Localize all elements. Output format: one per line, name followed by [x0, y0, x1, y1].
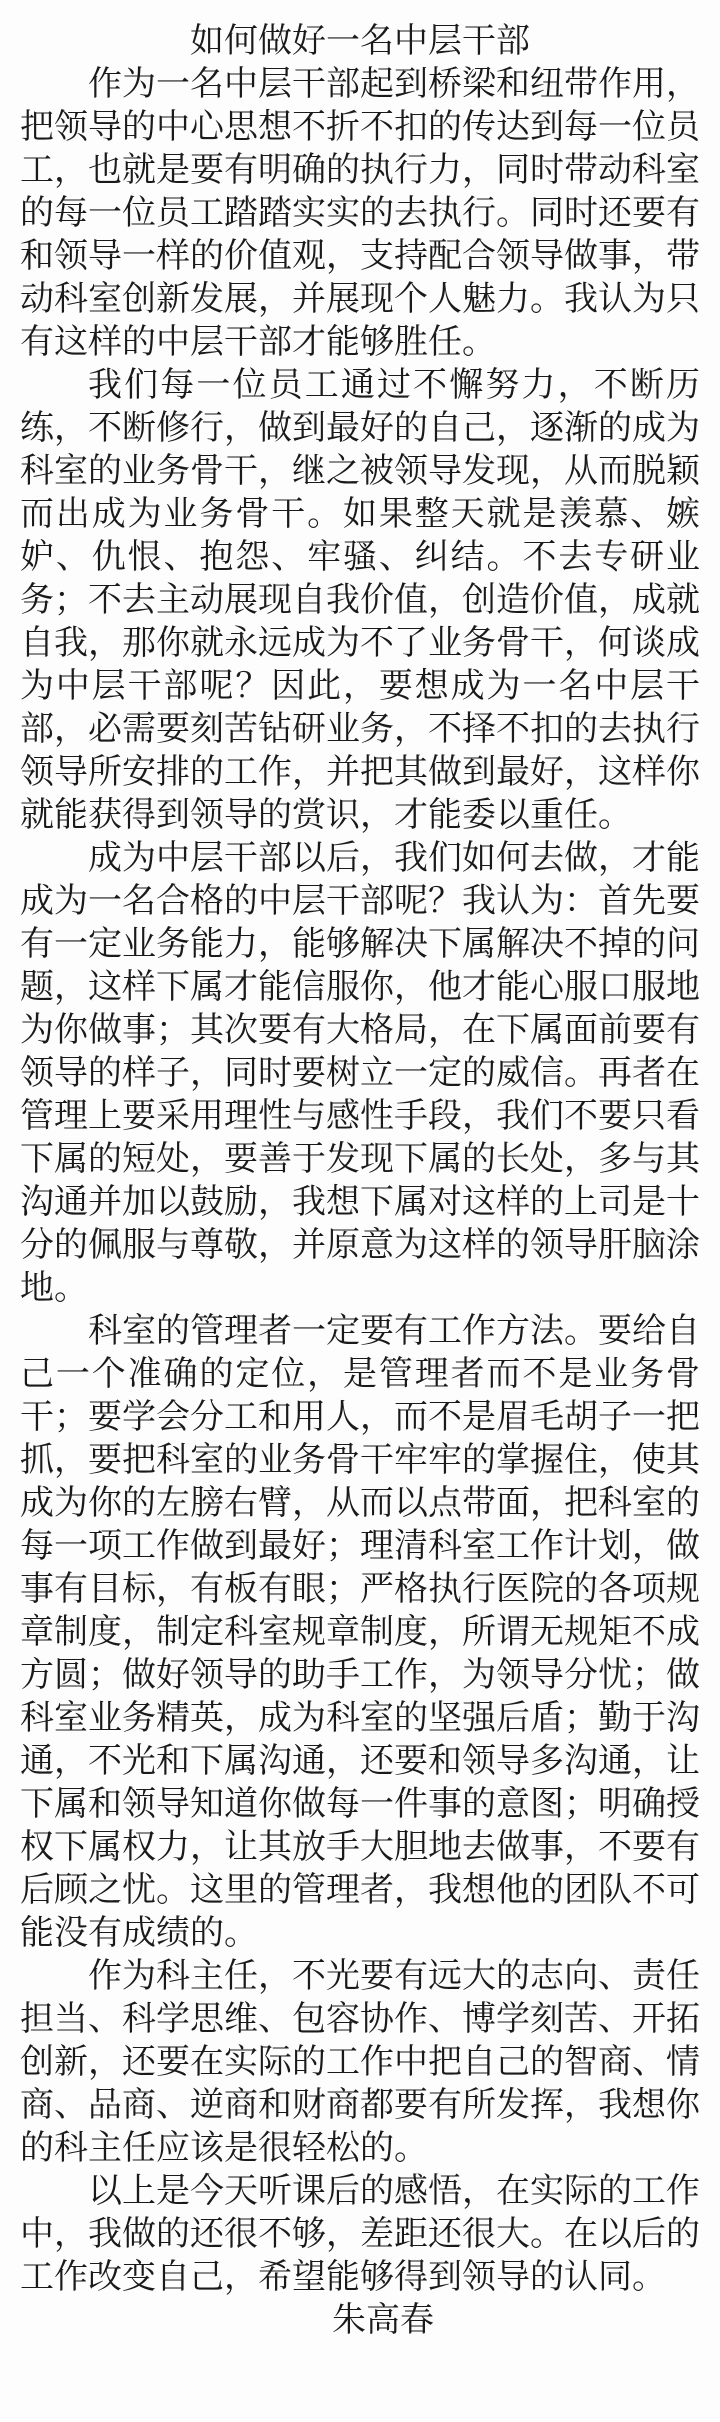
document-title: 如何做好一名中层干部	[20, 20, 700, 63]
paragraph-5: 作为科主任，不光要有远大的志向、责任担当、科学思维、包容协作、博学刻苦、开拓创新…	[20, 1955, 700, 2170]
document-page: 如何做好一名中层干部 作为一名中层干部起到桥梁和纽带作用，把领导的中心思想不折不…	[0, 0, 720, 2422]
paragraph-2: 我们每一位员工通过不懈努力，不断历练，不断修行，做到最好的自己，逐渐的成为科室的…	[20, 364, 700, 837]
paragraph-6: 以上是今天听课后的感悟，在实际的工作中，我做的还很不够，差距还很大。在以后的工作…	[20, 2170, 700, 2299]
paragraph-3: 成为中层干部以后，我们如何去做，才能成为一名合格的中层干部呢？我认为：首先要有一…	[20, 837, 700, 1310]
paragraph-1: 作为一名中层干部起到桥梁和纽带作用，把领导的中心思想不折不扣的传达到每一位员工，…	[20, 63, 700, 364]
signature: 朱高春	[20, 2299, 700, 2342]
paragraph-4: 科室的管理者一定要有工作方法。要给自己一个准确的定位，是管理者而不是业务骨干；要…	[20, 1310, 700, 1955]
